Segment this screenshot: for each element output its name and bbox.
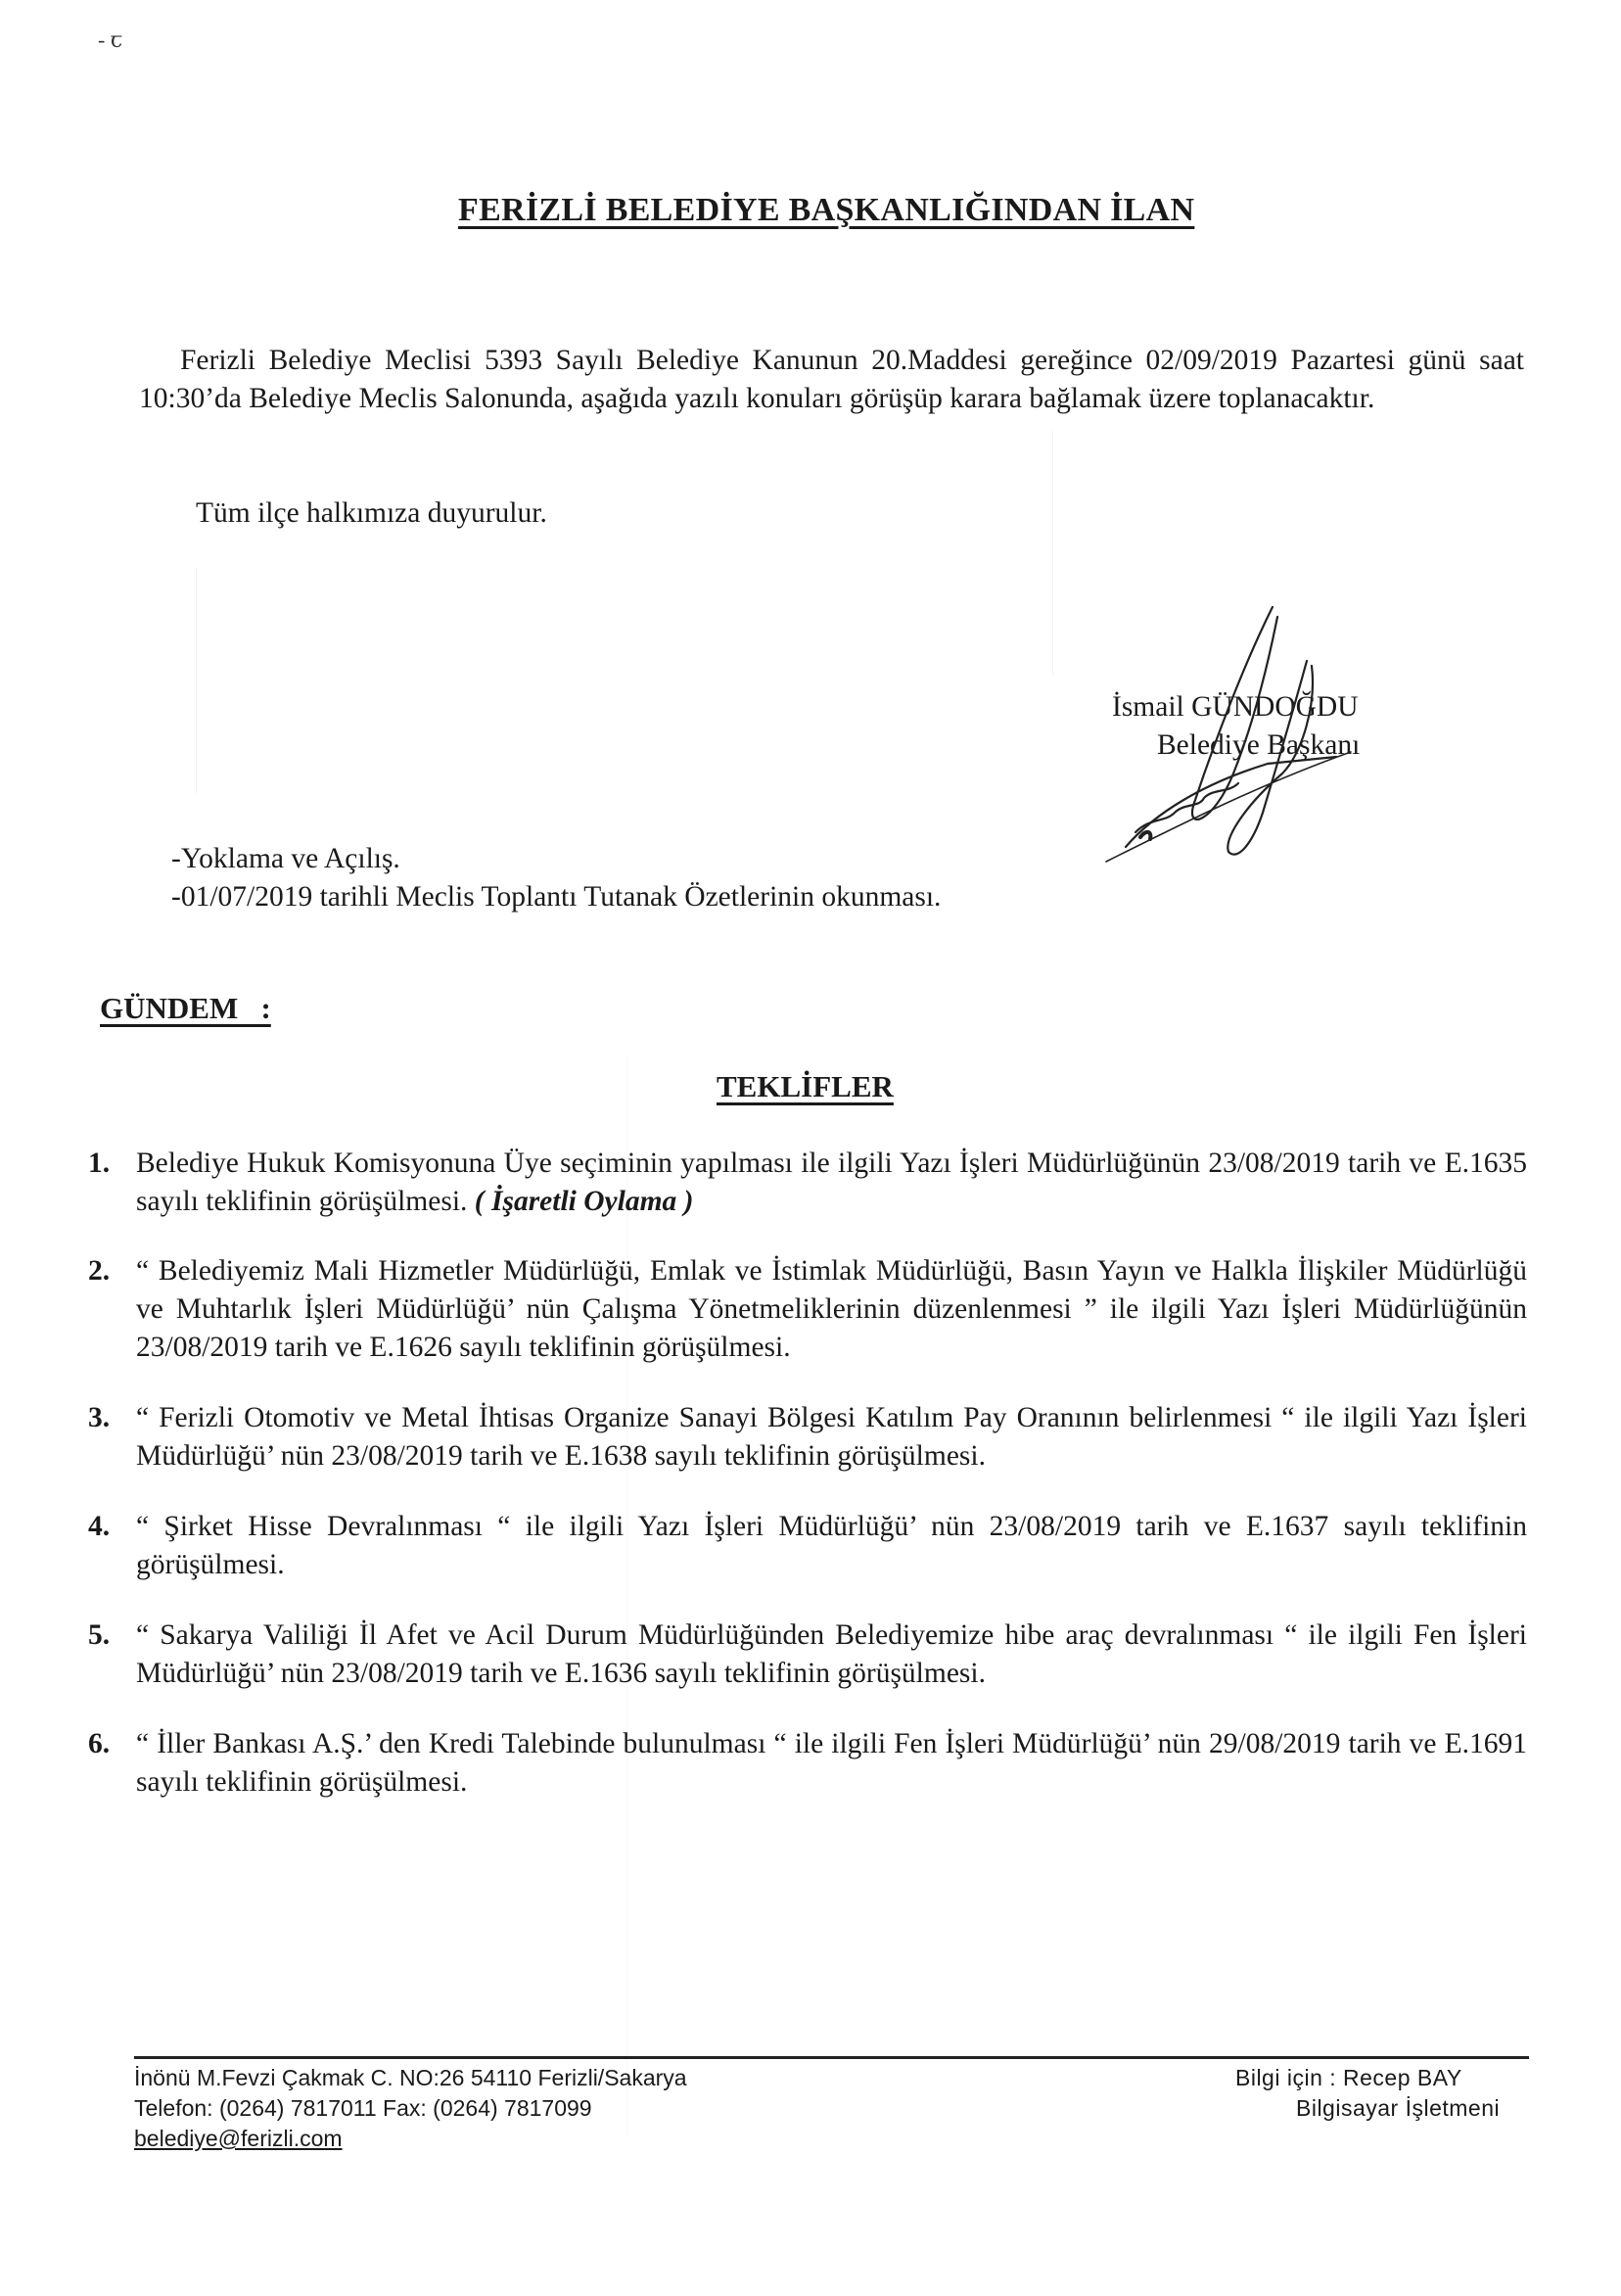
- announcement-text: Tüm ilçe halkımıza duyurulur.: [196, 497, 547, 530]
- opening-items: -Yoklama ve Açılış. -01/07/2019 tarihli …: [171, 840, 941, 916]
- signatory-name: İsmail GÜNDOĞDU: [1112, 688, 1360, 726]
- proposal-number: 2.: [88, 1252, 136, 1367]
- scan-artifact: [196, 568, 197, 793]
- footer-info-role: Bilgisayar İşletmeni: [1235, 2093, 1500, 2124]
- agenda-heading: GÜNDEM :: [100, 991, 271, 1026]
- proposal-number: 6.: [88, 1725, 136, 1802]
- footer-email-link[interactable]: belediye@ferizli.com: [134, 2124, 687, 2154]
- opening-item: -Yoklama ve Açılış.: [171, 840, 941, 878]
- proposal-item: 6. “ İller Bankası A.Ş.’ den Kredi Taleb…: [88, 1725, 1527, 1802]
- footer-divider: [134, 2056, 1529, 2059]
- footer-info-contact: Bilgi için : Recep BAY: [1235, 2063, 1500, 2093]
- footer-contact: İnönü M.Fevzi Çakmak C. NO:26 54110 Feri…: [134, 2063, 687, 2154]
- signatory-block: İsmail GÜNDOĞDU Belediye Başkanı: [1112, 688, 1360, 765]
- proposal-number: 5.: [88, 1617, 136, 1693]
- proposal-item: 3. “ Ferizli Otomotiv ve Metal İhtisas O…: [88, 1399, 1527, 1476]
- scan-artifact: [1052, 431, 1053, 676]
- proposal-number: 3.: [88, 1399, 136, 1476]
- proposal-text: Belediye Hukuk Komisyonuna Üye seçiminin…: [136, 1145, 1527, 1221]
- proposal-number: 4.: [88, 1508, 136, 1584]
- proposal-text: “ İller Bankası A.Ş.’ den Kredi Talebind…: [136, 1725, 1527, 1802]
- scan-mark: - ꞇ: [98, 27, 122, 53]
- proposal-item: 4. “ Şirket Hisse Devralınması “ ile ilg…: [88, 1508, 1527, 1584]
- proposal-item: 5. “ Sakarya Valiliği İl Afet ve Acil Du…: [88, 1617, 1527, 1693]
- proposal-item: 2. “ Belediyemiz Mali Hizmetler Müdürlüğ…: [88, 1252, 1527, 1367]
- proposal-text: “ Ferizli Otomotiv ve Metal İhtisas Orga…: [136, 1399, 1527, 1476]
- proposal-text: “ Şirket Hisse Devralınması “ ile ilgili…: [136, 1508, 1527, 1584]
- proposal-text: “ Belediyemiz Mali Hizmetler Müdürlüğü, …: [136, 1252, 1527, 1367]
- proposal-item: 1. Belediye Hukuk Komisyonuna Üye seçimi…: [88, 1145, 1527, 1221]
- proposal-list: 1. Belediye Hukuk Komisyonuna Üye seçimi…: [88, 1145, 1527, 1802]
- document-title: FERİZLİ BELEDİYE BAŞKANLIĞINDAN İLAN: [458, 192, 1194, 229]
- proposal-number: 1.: [88, 1145, 136, 1221]
- proposal-text: “ Sakarya Valiliği İl Afet ve Acil Durum…: [136, 1617, 1527, 1693]
- signatory-role: Belediye Başkanı: [1112, 726, 1360, 765]
- footer-info: Bilgi için : Recep BAY Bilgisayar İşletm…: [1235, 2063, 1500, 2124]
- footer-phone-fax: Telefon: (0264) 7817011 Fax: (0264) 7817…: [134, 2093, 687, 2124]
- proposals-heading: TEKLİFLER: [717, 1069, 894, 1104]
- opening-item: -01/07/2019 tarihli Meclis Toplantı Tuta…: [171, 878, 941, 916]
- voting-note: ( İşaretli Oylama ): [475, 1186, 694, 1217]
- footer-address: İnönü M.Fevzi Çakmak C. NO:26 54110 Feri…: [134, 2063, 687, 2093]
- intro-paragraph: Ferizli Belediye Meclisi 5393 Sayılı Bel…: [139, 342, 1524, 418]
